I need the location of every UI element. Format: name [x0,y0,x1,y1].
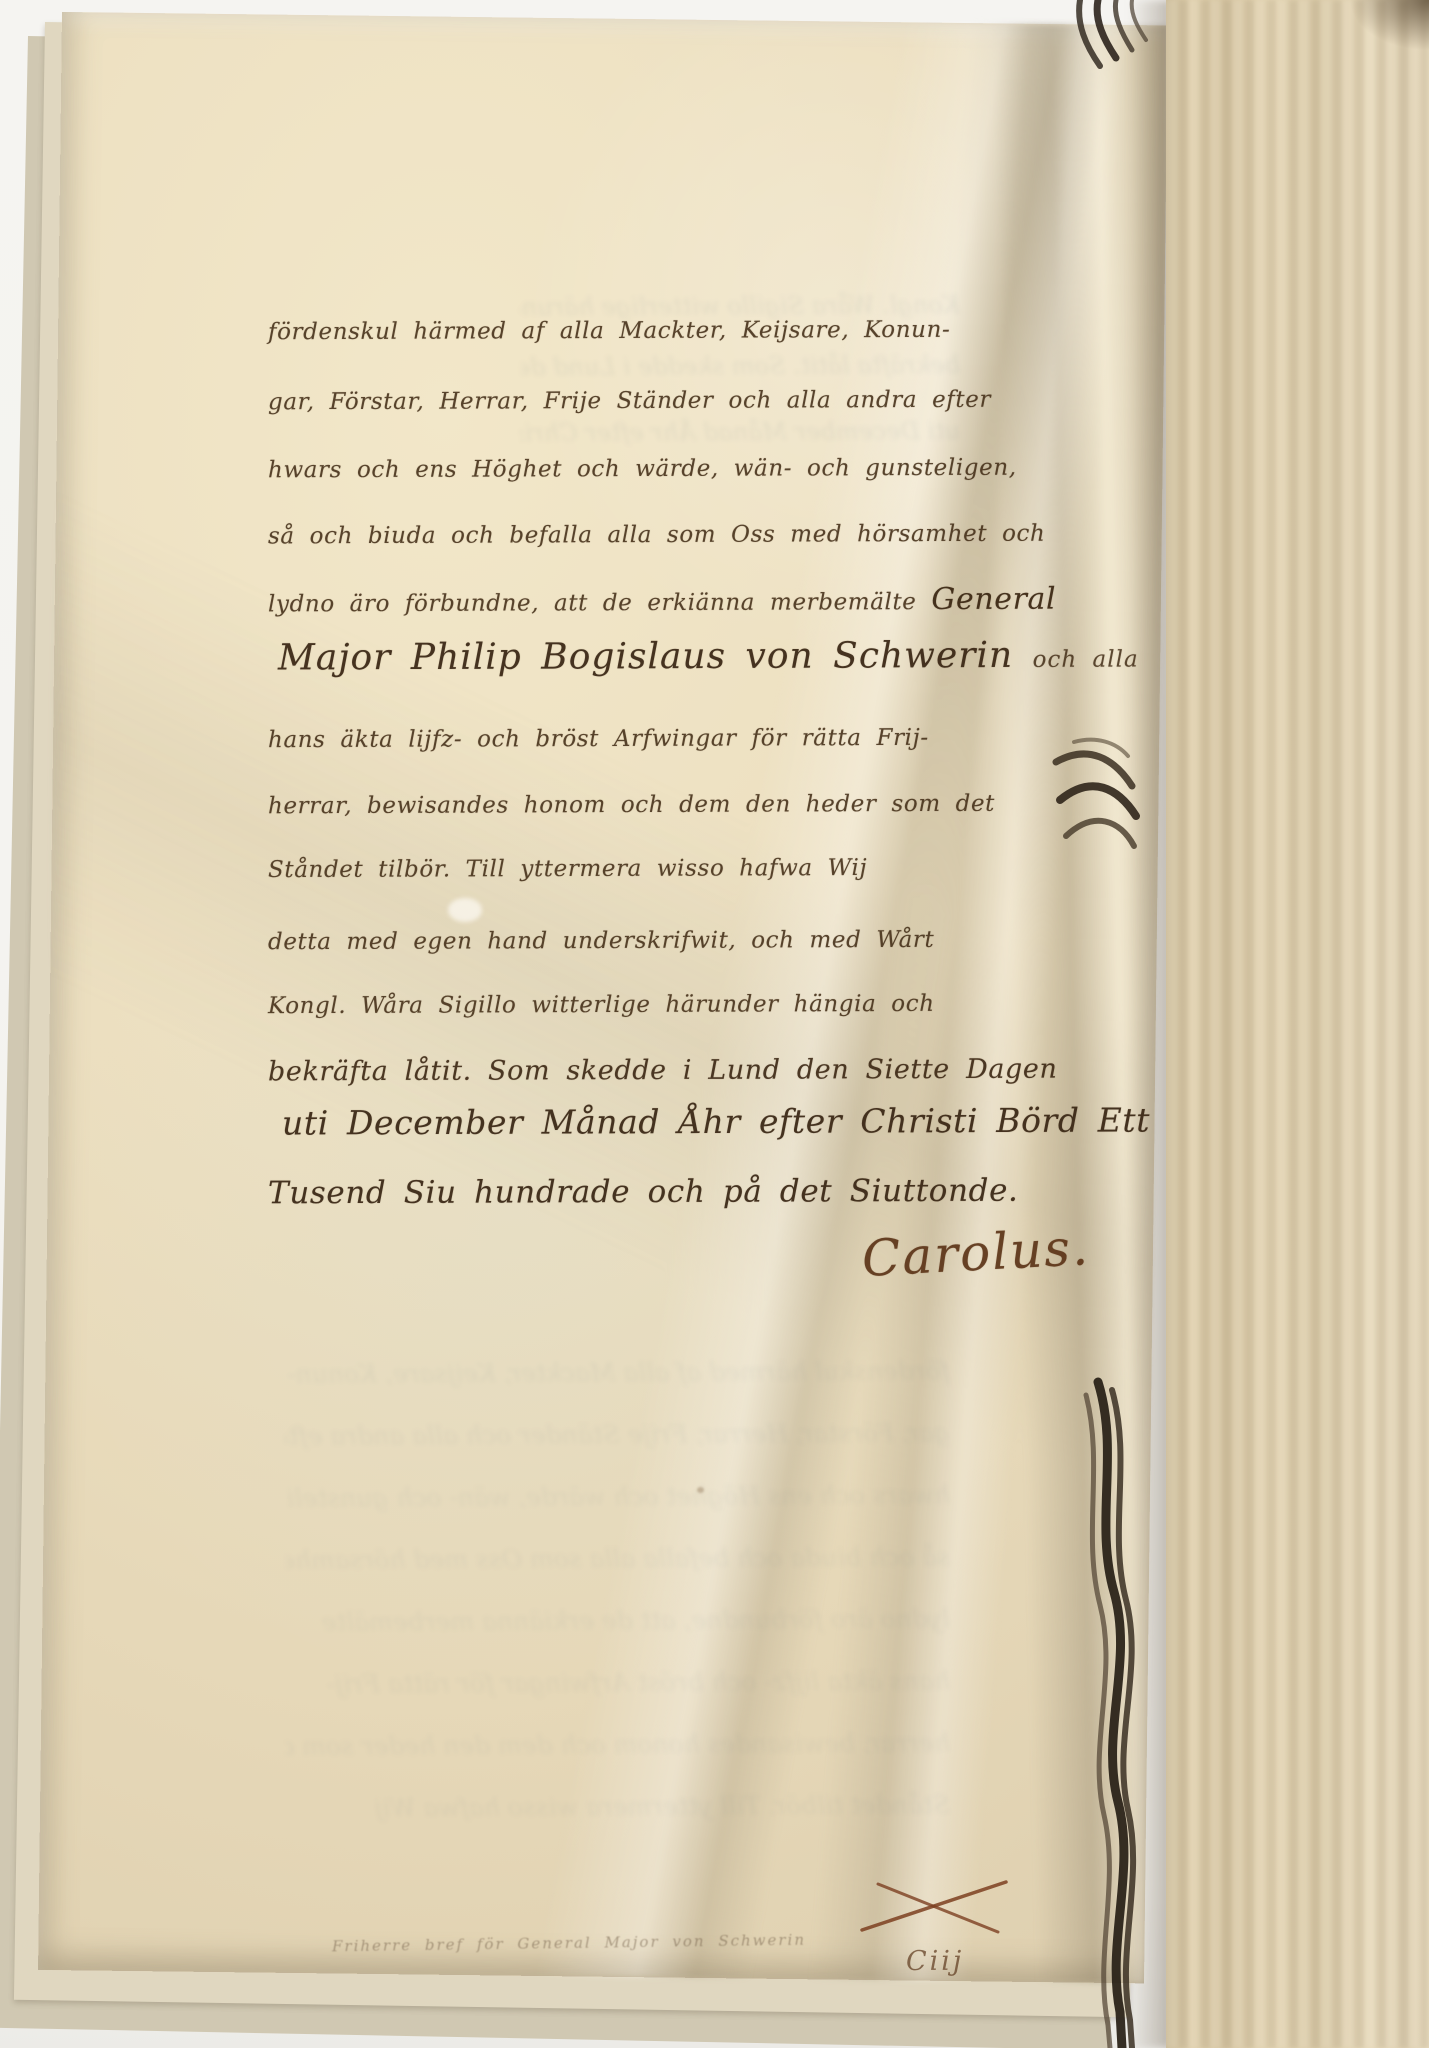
manuscript-photo: Kongl. Wåra Sigillo witterlige härunder … [0,0,1429,2048]
manuscript-line-3: hwars och ens Höghet och wärde, wän- och… [268,455,1017,484]
manuscript-line-1: fördenskul härmed af alla Mackter, Keijs… [268,317,950,345]
manuscript-line-7: hans äkta lijfz- och bröst Arfwingar för… [268,725,929,753]
manuscript-line-5-text: lydno äro förbundne, att de erkiänna mer… [268,589,931,617]
manuscript-line-12: bekräfta låtit. Som skedde i Lund den Si… [268,1054,1058,1088]
ink-speck [697,1487,704,1493]
royal-signature: Carolus. [861,1218,1092,1288]
manuscript-line-2: gar, Förstar, Herrar, Frije Ständer och … [268,387,991,416]
manuscript-line-4: så och biuda och befalla alla som Oss me… [268,521,1046,550]
folio-mark: Ciij [906,1946,964,1977]
manuscript-line-6: Major Philip Bogislaus von Schwerin och … [278,634,1139,678]
surface-chip-stain [448,898,482,922]
manuscript-line-13: uti December Månad Åhr efter Christi Bör… [282,1100,1150,1142]
manuscript-line-9: Ståndet tilbör. Till yttermera wisso haf… [268,855,867,883]
manuscript-line-10: detta med egen hand underskrifwit, och m… [268,927,934,955]
manuscript-line-5: lydno äro förbundne, att de erkiänna mer… [268,582,1056,620]
manuscript-line-11: Kongl. Wåra Sigillo witterlige härunder … [268,991,935,1019]
manuscript-line-6-tail: och alla [1033,646,1139,672]
facing-page-edge [1166,0,1429,2048]
manuscript-line-5-tail: General [931,582,1056,617]
facing-page-wrinkles [1166,0,1429,2048]
manuscript-line-8: herrar, bewisandes honom och dem den hed… [268,791,995,820]
facing-page-worn-corner [1319,0,1429,70]
manuscript-line-6-text: Major Philip Bogislaus von Schwerin [278,635,1033,679]
manuscript-line-14: Tusend Siu hundrade och på det Siuttonde… [268,1173,1019,1212]
